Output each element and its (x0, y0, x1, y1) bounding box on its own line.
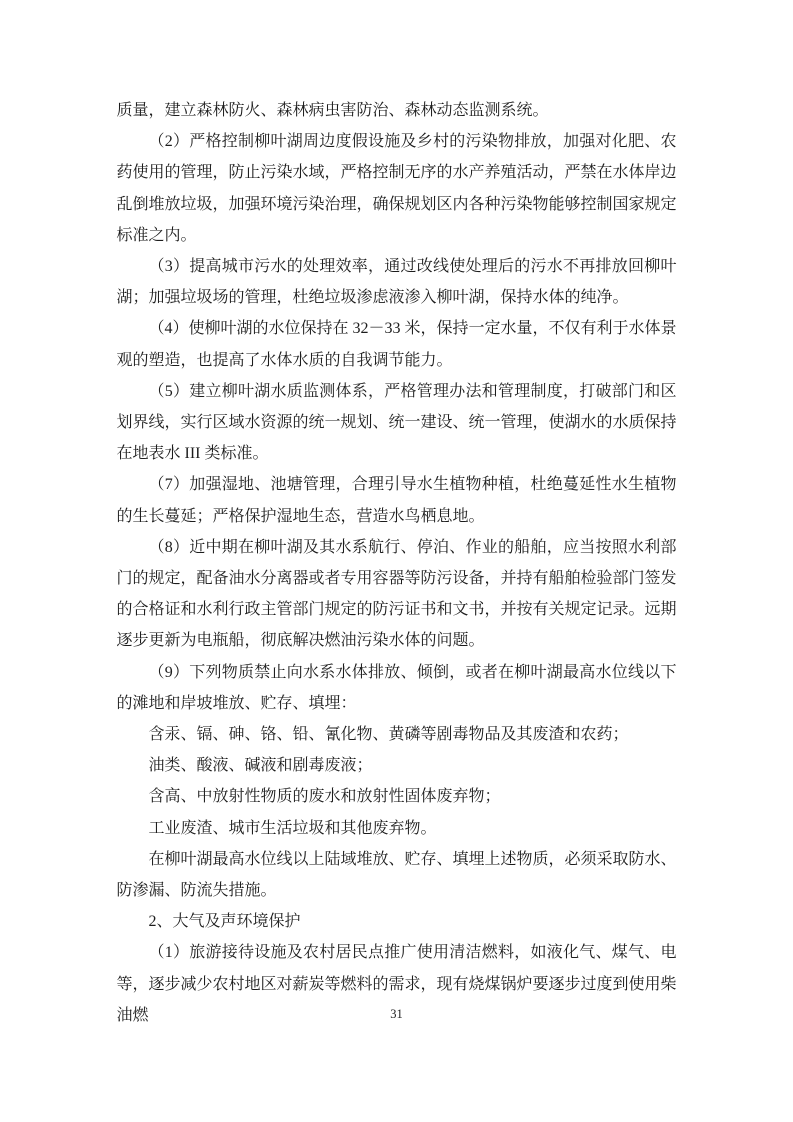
paragraph: 在柳叶湖最高水位线以上陆域堆放、贮存、填埋上述物质，必须采取防水、防渗漏、防流失… (117, 844, 677, 906)
paragraph: 油类、酸液、碱液和剧毒废液； (117, 750, 677, 781)
paragraph: 含高、中放射性物质的废水和放射性固体废弃物； (117, 781, 677, 812)
paragraph: 2、大气及声环境保护 (117, 906, 677, 937)
paragraph: （2）严格控制柳叶湖周边度假设施及乡村的污染物排放，加强对化肥、农药使用的管理，… (117, 126, 677, 251)
paragraph: （3）提高城市污水的处理效率，通过改线使处理后的污水不再排放回柳叶湖；加强垃圾场… (117, 251, 677, 313)
document-body: 质量，建立森林防火、森林病虫害防治、森林动态监测系统。（2）严格控制柳叶湖周边度… (117, 0, 677, 1031)
document-page: 质量，建立森林防火、森林病虫害防治、森林动态监测系统。（2）严格控制柳叶湖周边度… (0, 0, 793, 1122)
paragraph: （8）近中期在柳叶湖及其水系航行、停泊、作业的船舶，应当按照水利部门的规定，配备… (117, 532, 677, 657)
paragraph: 工业废渣、城市生活垃圾和其他废弃物。 (117, 813, 677, 844)
page-number: 31 (0, 1007, 793, 1022)
paragraph: （7）加强湿地、池塘管理，合理引导水生植物种植，杜绝蔓延性水生植物的生长蔓延；严… (117, 469, 677, 531)
paragraph: 含汞、镉、砷、铬、铅、氰化物、黄磷等剧毒物品及其废渣和农药； (117, 719, 677, 750)
paragraph: 质量，建立森林防火、森林病虫害防治、森林动态监测系统。 (117, 95, 677, 126)
paragraph: （9）下列物质禁止向水系水体排放、倾倒，或者在柳叶湖最高水位线以下的滩地和岸坡堆… (117, 657, 677, 719)
paragraph: （4）使柳叶湖的水位保持在 32－33 米，保持一定水量，不仅有利于水体景观的塑… (117, 313, 677, 375)
paragraph: （5）建立柳叶湖水质监测体系，严格管理办法和管理制度，打破部门和区划界线，实行区… (117, 376, 677, 470)
